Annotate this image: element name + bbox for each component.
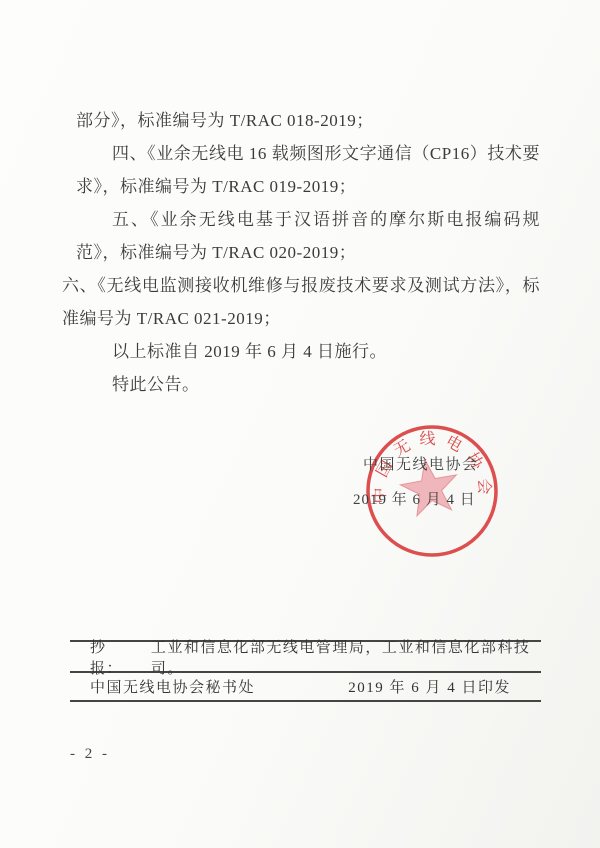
signature-block: 中国无线电协会 2019 年 6 月 4 日 (353, 448, 479, 518)
issuer-name: 中国无线电协会秘书处 (90, 676, 255, 697)
page-number: - 2 - (60, 746, 120, 763)
body-paragraph: 六、《无线电监测接收机维修与报废技术要求及测试方法》，标准编号为 T/RAC 0… (62, 269, 540, 335)
body-paragraph: 五、《业余无线电基于汉语拼音的摩尔斯电报编码规范》，标准编号为 T/RAC 02… (76, 203, 540, 269)
body-paragraph: 部分》，标准编号为 T/RAC 018-2019； (76, 104, 540, 137)
announcement-body: 部分》，标准编号为 T/RAC 018-2019； 四、《业余无线电 16 载频… (62, 104, 540, 401)
body-paragraph: 以上标准自 2019 年 6 月 4 日施行。 (76, 335, 540, 368)
signature-organization: 中国无线电协会 (363, 448, 479, 483)
document-page: { "document": { "paragraphs": [ { "text"… (0, 0, 600, 848)
cc-recipients: 工业和信息化部无线电管理局，工业和信息化部科技司。 (151, 636, 541, 678)
footer-table: 抄报： 工业和信息化部无线电管理局，工业和信息化部科技司。 中国无线电协会秘书处… (70, 640, 541, 702)
issue-date: 2019 年 6 月 4 日印发 (348, 676, 511, 697)
signature-date: 2019 年 6 月 4 日 (353, 483, 479, 518)
body-paragraph: 特此公告。 (76, 368, 540, 401)
body-paragraph: 四、《业余无线电 16 载频图形文字通信（CP16）技术要求》，标准编号为 T/… (76, 137, 540, 203)
cc-label: 抄报： (90, 636, 137, 678)
footer-cc-row: 抄报： 工业和信息化部无线电管理局，工业和信息化部科技司。 (70, 640, 541, 671)
